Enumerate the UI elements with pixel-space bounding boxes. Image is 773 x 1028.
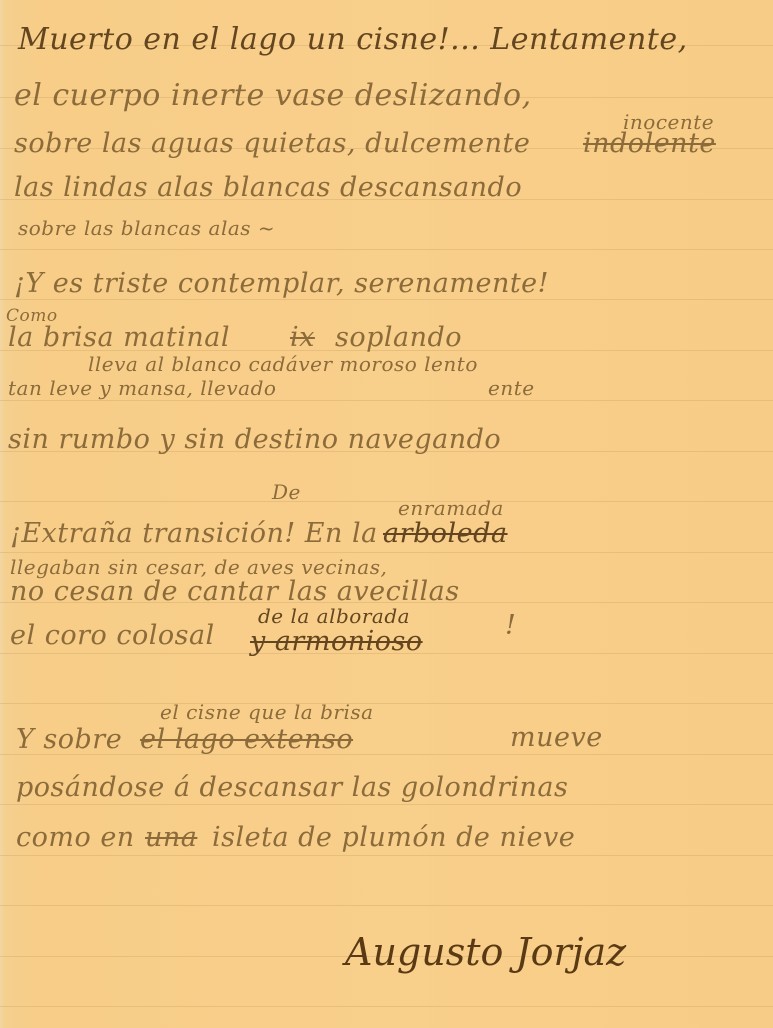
ruled-line	[0, 400, 773, 401]
ruled-line	[0, 299, 773, 300]
poem-line-3: sobre las aguas quietas, dulcemente	[14, 128, 530, 159]
poem-line-13: el coro colosal	[10, 620, 215, 651]
poem-line-8-annotation: lleva al blanco cadáver moroso lento	[88, 352, 478, 376]
ruled-line	[0, 1006, 773, 1007]
poem-line-13-struck: y armonioso	[250, 626, 423, 657]
poem-line-9: sin rumbo y sin destino navegando	[8, 424, 501, 455]
poem-line-2: el cuerpo inerte vase deslizando,	[14, 78, 532, 113]
poem-line-3-annotation: inocente	[623, 110, 714, 134]
poem-line-16: como en	[16, 822, 135, 853]
ruled-line	[0, 905, 773, 906]
poem-line-13-end: !	[505, 610, 516, 641]
author-signature: Augusto Jorjaz	[345, 930, 626, 974]
poem-line-10-annotation-top: De	[272, 480, 301, 504]
ruled-line	[0, 855, 773, 856]
poem-line-16-struck: una	[145, 822, 197, 853]
poem-line-16-end: isleta de plumón de nieve	[212, 822, 575, 853]
poem-line-10: ¡Extraña transición! En la	[10, 518, 378, 549]
poem-line-6: ¡Y es triste contemplar, serenamente!	[14, 268, 549, 299]
poem-line-12: no cesan de cantar las avecillas	[10, 576, 460, 607]
poem-line-5: sobre las blancas alas ~	[18, 216, 275, 240]
poem-line-14-annotation: el cisne que la brisa	[160, 700, 374, 724]
ruled-line	[0, 804, 773, 805]
manuscript-page: Muerto en el lago un cisne!... Lentament…	[0, 0, 773, 1028]
poem-line-14-struck: el lago extenso	[140, 724, 353, 755]
poem-line-8: tan leve y mansa, llevado	[8, 376, 276, 400]
poem-line-10-struck: arboleda	[383, 518, 508, 549]
poem-line-14: Y sobre	[16, 724, 122, 755]
poem-line-7: la brisa matinal	[8, 322, 230, 353]
ruled-line	[0, 703, 773, 704]
poem-line-8-annotation-2: ente	[488, 376, 535, 400]
ruled-line	[0, 249, 773, 250]
poem-line-7-struck: ix	[290, 322, 315, 353]
poem-line-1: Muerto en el lago un cisne!... Lentament…	[18, 22, 688, 57]
poem-line-15: posándose á descansar las golondrinas	[16, 772, 568, 803]
ruled-line	[0, 552, 773, 553]
poem-line-14-end: mueve	[510, 722, 603, 753]
poem-line-4: las lindas alas blancas descansando	[14, 172, 522, 203]
poem-line-13-annotation: de la alborada	[258, 604, 410, 628]
poem-line-10-annotation: enramada	[398, 496, 504, 520]
poem-line-7-end: soplando	[335, 322, 462, 353]
ruled-line	[0, 501, 773, 502]
